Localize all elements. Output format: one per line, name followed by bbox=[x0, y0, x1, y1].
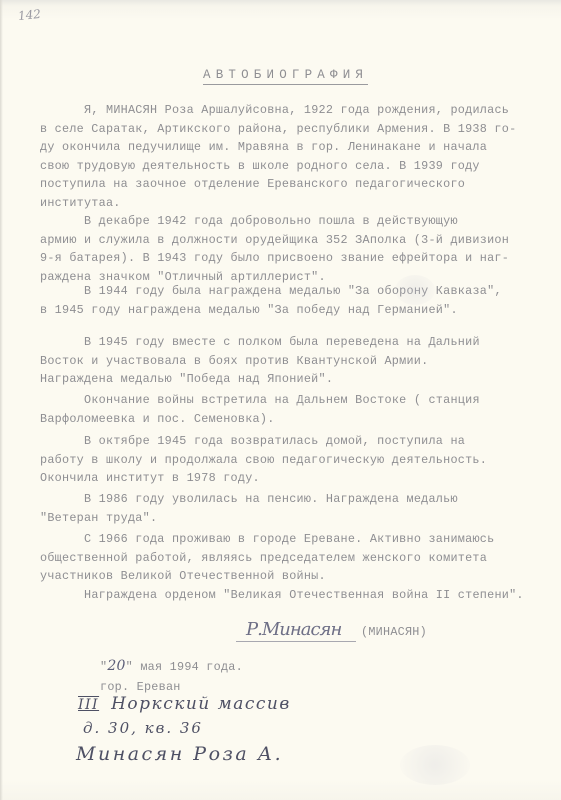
text-line: в 1945 году награждена медалью "За побед… bbox=[40, 301, 560, 320]
document-title: АВТОБИОГРАФИЯ bbox=[203, 68, 368, 85]
text-line: В декабре 1942 года добровольно пошла в … bbox=[40, 212, 560, 231]
text-line: 9-я батарея). В 1943 году было присвоено… bbox=[40, 249, 560, 268]
text-line: "Ветеран труда". bbox=[40, 509, 560, 528]
paragraph-medals-1944-1945: В 1944 году была награждена медалью "За … bbox=[40, 282, 560, 319]
document-city: гор. Ереван bbox=[100, 680, 181, 694]
signature-block: Р.Минасян (МИНАСЯН) bbox=[236, 619, 431, 643]
document-page: 142 АВТОБИОГРАФИЯ Я, МИНАСЯН Роза Аршалу… bbox=[0, 0, 561, 800]
paragraph-birth-education: Я, МИНАСЯН Роза Аршалуйсовна, 1922 года … bbox=[40, 101, 560, 212]
text-line: В 1944 году была награждена медалью "За … bbox=[40, 282, 560, 301]
handwritten-address-line-1: IIIНоркский массив bbox=[78, 694, 291, 714]
paragraph-retirement: В 1986 году уволилась на пенсию. Награжд… bbox=[40, 490, 560, 527]
paragraph-war-end: Окончание войны встретила на Дальнем Вос… bbox=[40, 391, 560, 428]
text-line: С 1966 года проживаю в городе Ереване. А… bbox=[40, 530, 560, 549]
text-line: Варфоломеевка и пос. Семеновка). bbox=[40, 410, 560, 429]
paragraph-yerevan-public-work: С 1966 года проживаю в городе Ереване. А… bbox=[40, 530, 560, 586]
handwritten-signature: Р.Минасян bbox=[246, 619, 341, 640]
typed-signature-name: (МИНАСЯН) bbox=[361, 625, 427, 639]
text-line: поступила на заочное отделение Ереванско… bbox=[40, 175, 560, 194]
text-line: армию и служила в должности орудейщика 3… bbox=[40, 231, 560, 250]
text-line: Награждена орденом "Великая Отечественна… bbox=[40, 586, 560, 605]
paragraph-return-home: В октябре 1945 года возвратилась домой, … bbox=[40, 432, 560, 488]
page-number: 142 bbox=[17, 7, 41, 23]
text-line: Восток и участвовала в боях против Квант… bbox=[40, 352, 560, 371]
date-close-quote: " bbox=[126, 660, 133, 674]
address-district-name: Норкский массив bbox=[111, 694, 291, 714]
handwritten-address-line-2: д. 30, кв. 36 bbox=[83, 719, 203, 737]
address-district-number: III bbox=[78, 697, 99, 713]
text-line: общественной работой, являясь председате… bbox=[40, 549, 560, 568]
text-line: в селе Саратак, Артикского района, респу… bbox=[40, 120, 560, 139]
text-line: В октябре 1945 года возвратилась домой, … bbox=[40, 432, 560, 451]
text-line: В 1945 году вместе с полком была перевед… bbox=[40, 333, 560, 352]
signature-line bbox=[236, 641, 356, 642]
document-date: "20" мая 1994 года. bbox=[100, 658, 243, 674]
text-line: Награждена медалью "Победа над Японией". bbox=[40, 370, 560, 389]
paper-stain bbox=[395, 275, 435, 305]
date-day-handwritten: 20 bbox=[107, 658, 125, 674]
text-line: Окончила институт в 1978 году. bbox=[40, 469, 560, 488]
text-line: работу в школу и продолжала свою педагог… bbox=[40, 451, 560, 470]
text-line: Окончание войны встретила на Дальнем Вос… bbox=[40, 391, 560, 410]
paper-stain bbox=[400, 745, 470, 785]
date-month-year: мая 1994 года. bbox=[133, 660, 243, 674]
text-line: ду окончила педучилище им. Мравяна в гор… bbox=[40, 138, 560, 157]
text-line: институтаа. bbox=[40, 194, 560, 213]
text-line: Я, МИНАСЯН Роза Аршалуйсовна, 1922 года … bbox=[40, 101, 560, 120]
text-line: свою трудовую деятельность в школе родно… bbox=[40, 157, 560, 176]
text-line: В 1986 году уволилась на пенсию. Награжд… bbox=[40, 490, 560, 509]
paragraph-far-east: В 1945 году вместе с полком была перевед… bbox=[40, 333, 560, 389]
paragraph-army-service: В декабре 1942 года добровольно пошла в … bbox=[40, 212, 560, 286]
paragraph-order-award: Награждена орденом "Великая Отечественна… bbox=[40, 586, 560, 605]
text-line: участников Великой Отечественной войны. bbox=[40, 567, 560, 586]
handwritten-name: Минасян Роза А. bbox=[76, 743, 283, 765]
